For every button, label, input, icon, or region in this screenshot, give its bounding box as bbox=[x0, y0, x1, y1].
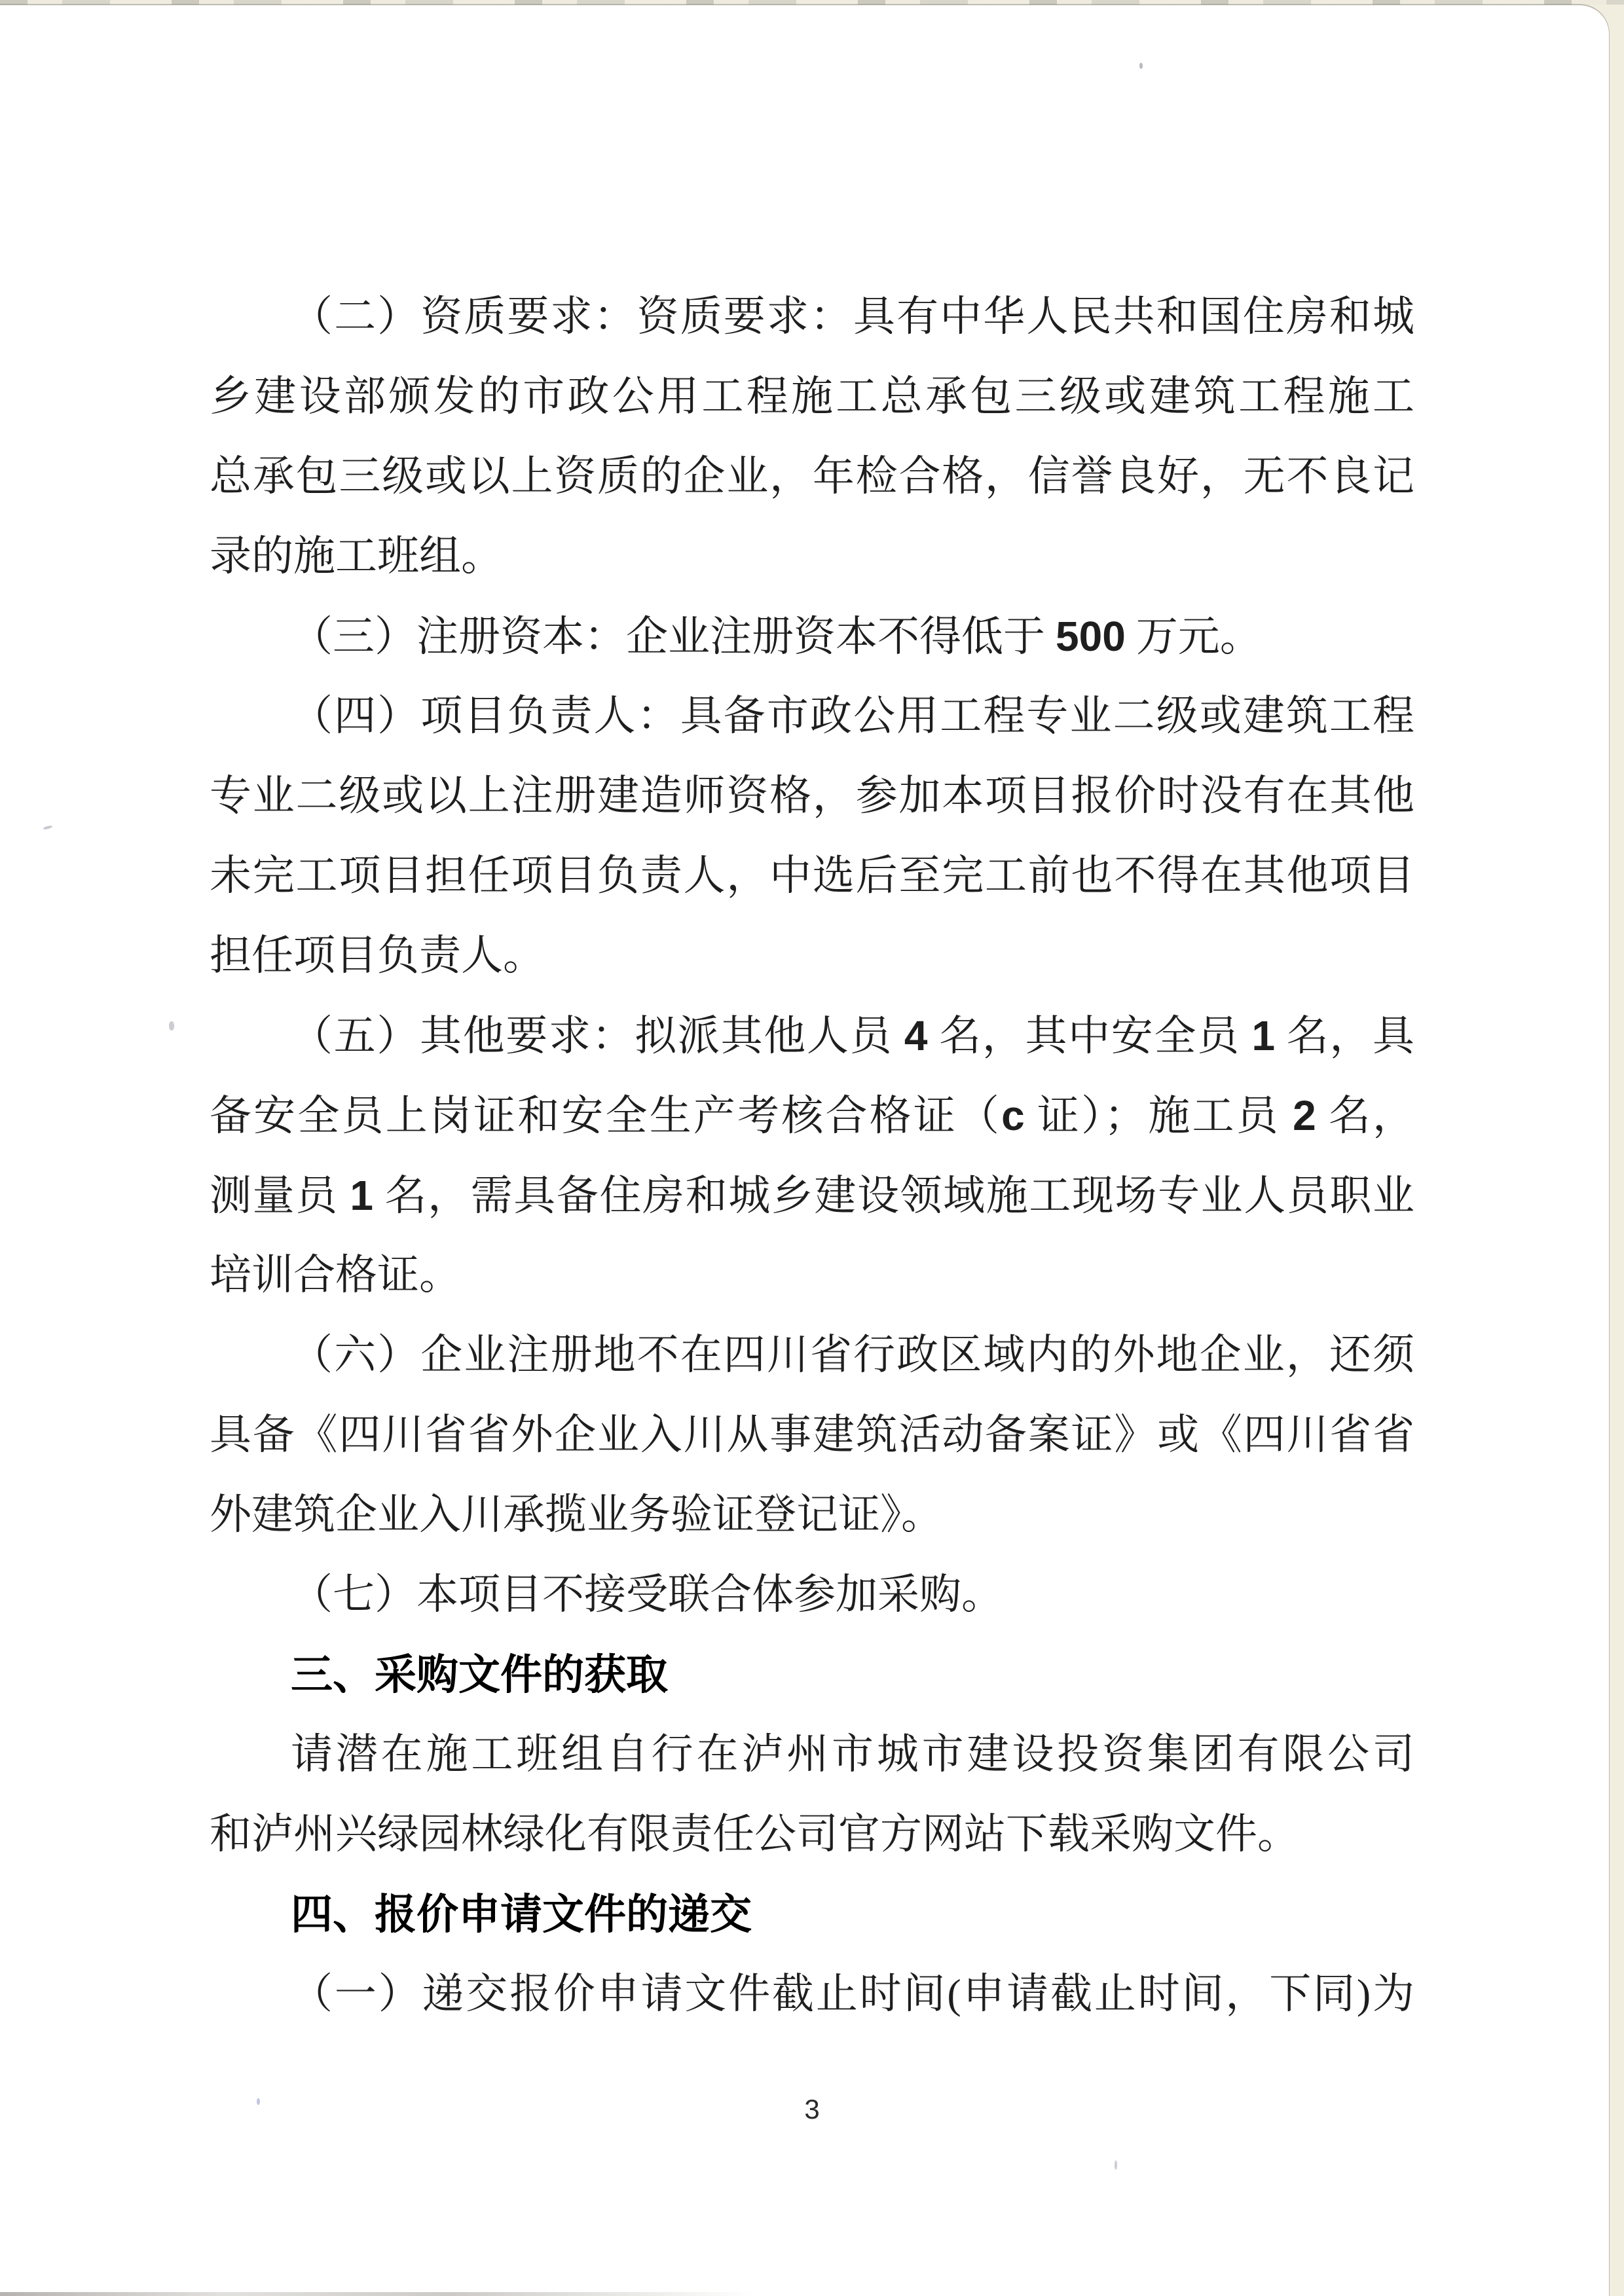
text-run: （五）其他要求：拟派其他人员 bbox=[291, 1013, 904, 1059]
text-line: （七）本项目不接受联合体参加采购。 bbox=[210, 1555, 1414, 1635]
page-number: 3 bbox=[804, 2094, 819, 2124]
text-line: 和泸州兴绿园林绿化有限责任公司官方网站下载采购文件。 bbox=[210, 1795, 1414, 1874]
text-run: 乡建设部颁发的市政公用工程施工总承包三级或建筑工程施工 bbox=[210, 373, 1414, 420]
text-line: 总承包三级或以上资质的企业，年检合格，信誉良好，无不良记 bbox=[210, 437, 1414, 517]
latin-number: 4 bbox=[904, 1012, 928, 1059]
text-run: （六）企业注册地不在四川省行政区域内的外地企业，还须 bbox=[291, 1332, 1414, 1378]
text-run: 培训合格证。 bbox=[210, 1252, 461, 1298]
text-run: 未完工项目担任项目负责人，中选后至完工前也不得在其他项目 bbox=[210, 852, 1414, 899]
scan-speck bbox=[1115, 2160, 1117, 2170]
text-line: 测量员 1 名，需具备住房和城乡建设领域施工现场专业人员职业 bbox=[210, 1156, 1414, 1235]
latin-number: 500 bbox=[1056, 613, 1126, 660]
page-footer: 3 bbox=[0, 2090, 1624, 2129]
text-line: 乡建设部颁发的市政公用工程施工总承包三级或建筑工程施工 bbox=[210, 357, 1414, 437]
text-run: （二）资质要求：资质要求：具有中华人民共和国住房和城 bbox=[291, 293, 1414, 340]
text-run: （一）递交报价申请文件截止时间(申请截止时间，下同)为 bbox=[291, 1971, 1414, 2017]
text-run: 具备《四川省省外企业入川从事建筑活动备案证》或《四川省省 bbox=[210, 1412, 1414, 1458]
scan-edge-top-noise bbox=[0, 0, 1624, 5]
scan-background: { "document": { "lines": [ {"style": "bo… bbox=[0, 0, 1624, 2296]
text-run: 名， bbox=[1316, 1093, 1414, 1139]
text-run: （七）本项目不接受联合体参加采购。 bbox=[291, 1571, 1003, 1618]
text-run: 万元。 bbox=[1126, 613, 1262, 660]
text-line: （二）资质要求：资质要求：具有中华人民共和国住房和城 bbox=[210, 277, 1414, 357]
text-run: 三、采购文件的获取 bbox=[291, 1651, 668, 1698]
text-line: 担任项目负责人。 bbox=[210, 916, 1414, 996]
text-run: 担任项目负责人。 bbox=[210, 932, 545, 979]
text-run: 备安全员上岗证和安全生产考核合格证（ bbox=[210, 1093, 1001, 1139]
text-run: （四）项目负责人：具备市政公用工程专业二级或建筑工程 bbox=[291, 693, 1414, 739]
text-line: 专业二级或以上注册建造师资格，参加本项目报价时没有在其他 bbox=[210, 756, 1414, 836]
text-run: 证）；施工员 bbox=[1025, 1093, 1293, 1139]
text-line: 备安全员上岗证和安全生产考核合格证（c 证）；施工员 2 名， bbox=[210, 1076, 1414, 1156]
text-run: 录的施工班组。 bbox=[210, 533, 503, 579]
section-heading: 三、采购文件的获取 bbox=[210, 1635, 1414, 1715]
text-line: 外建筑企业入川承揽业务验证登记证》。 bbox=[210, 1475, 1414, 1555]
latin-number: c bbox=[1001, 1092, 1025, 1139]
text-line: （六）企业注册地不在四川省行政区域内的外地企业，还须 bbox=[210, 1315, 1414, 1395]
text-run: （三）注册资本：企业注册资本不得低于 bbox=[291, 613, 1056, 660]
text-line: （四）项目负责人：具备市政公用工程专业二级或建筑工程 bbox=[210, 676, 1414, 756]
scan-edge-bottom-noise bbox=[0, 2292, 753, 2296]
document-body: （二）资质要求：资质要求：具有中华人民共和国住房和城乡建设部颁发的市政公用工程施… bbox=[210, 277, 1414, 2034]
text-run: 名，需具备住房和城乡建设领域施工现场专业人员职业 bbox=[373, 1173, 1414, 1219]
text-line: 录的施工班组。 bbox=[210, 517, 1414, 596]
text-run: 专业二级或以上注册建造师资格，参加本项目报价时没有在其他 bbox=[210, 773, 1414, 819]
text-run: 总承包三级或以上资质的企业，年检合格，信誉良好，无不良记 bbox=[210, 453, 1414, 500]
text-line: 具备《四川省省外企业入川从事建筑活动备案证》或《四川省省 bbox=[210, 1395, 1414, 1475]
scan-speck bbox=[1139, 63, 1143, 69]
latin-number: 2 bbox=[1293, 1092, 1316, 1139]
text-line: 请潜在施工班组自行在泸州市城市建设投资集团有限公司 bbox=[210, 1715, 1414, 1795]
text-run: 和泸州兴绿园林绿化有限责任公司官方网站下载采购文件。 bbox=[210, 1811, 1299, 1857]
text-line: （三）注册资本：企业注册资本不得低于 500 万元。 bbox=[210, 596, 1414, 676]
section-heading: 四、报价申请文件的递交 bbox=[210, 1874, 1414, 1954]
latin-number: 1 bbox=[350, 1172, 373, 1219]
text-run: 名，具 bbox=[1275, 1013, 1414, 1059]
text-run: 请潜在施工班组自行在泸州市城市建设投资集团有限公司 bbox=[291, 1731, 1414, 1777]
text-run: 名，其中安全员 bbox=[928, 1013, 1252, 1059]
text-line: （五）其他要求：拟派其他人员 4 名，其中安全员 1 名，具 bbox=[210, 996, 1414, 1076]
text-line: 未完工项目担任项目负责人，中选后至完工前也不得在其他项目 bbox=[210, 836, 1414, 916]
text-run: 外建筑企业入川承揽业务验证登记证》。 bbox=[210, 1491, 943, 1538]
text-run: 测量员 bbox=[210, 1173, 350, 1219]
scan-speck bbox=[169, 1021, 174, 1030]
latin-number: 1 bbox=[1251, 1012, 1275, 1059]
text-run: 四、报价申请文件的递交 bbox=[291, 1891, 752, 1938]
text-line: （一）递交报价申请文件截止时间(申请截止时间，下同)为 bbox=[210, 1954, 1414, 2034]
text-line: 培训合格证。 bbox=[210, 1235, 1414, 1315]
